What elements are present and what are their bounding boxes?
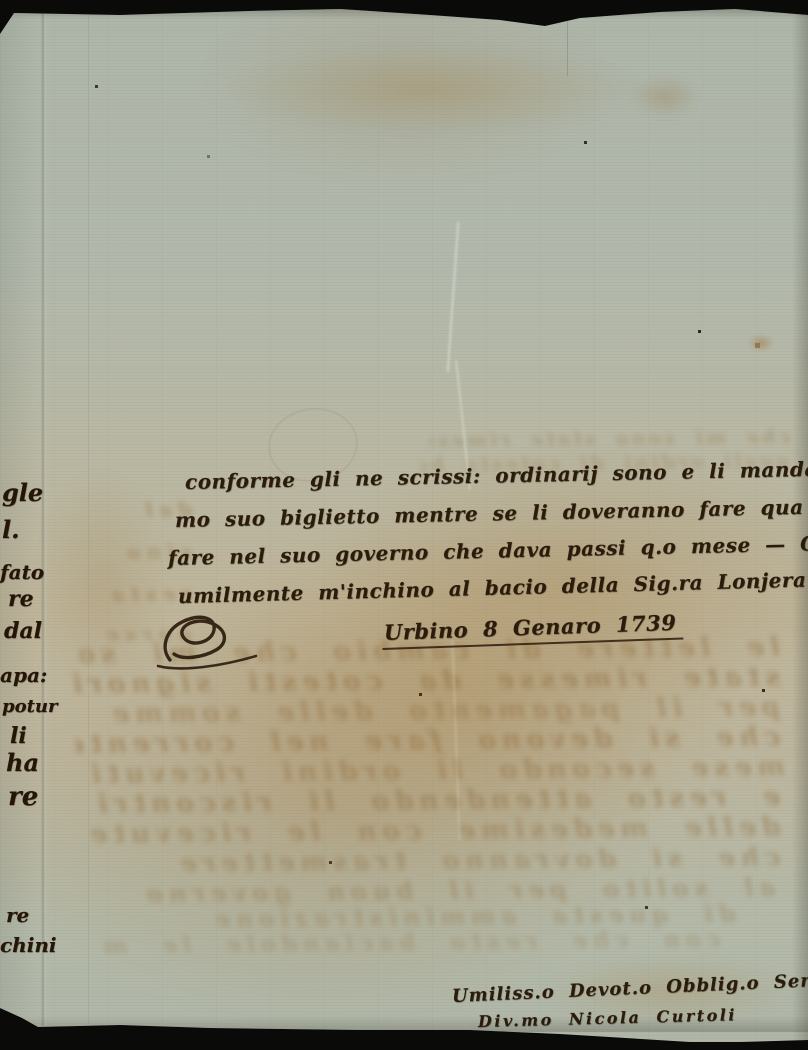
fold-line-left-margin [42,12,46,1026]
top-edge-shadow [0,9,808,19]
right-edge-shading [792,0,808,1050]
left-margin-fragment: potur [2,696,57,717]
stain [748,334,774,352]
paper-sheet: che mi sono state rimesse dal quali ordi… [0,0,808,1050]
left-margin-fragment: fato [0,560,44,584]
left-margin-fragment: gle [2,478,43,507]
left-margin-fragment: ha [6,748,39,777]
left-margin-fragment: l. [2,515,19,544]
scanned-letter-page: che mi sono state rimesse dal quali ordi… [0,0,808,1050]
body-text-line: mo suo biglietto mentre se li doveranno … [175,492,808,532]
stain [36,468,166,698]
stain [630,75,700,119]
left-margin-fragment: dal [4,618,42,644]
ink-specks [0,0,1,1]
left-margin-fragment: re [8,586,34,612]
left-margin-fragment: apa: [0,663,47,687]
signature-line-2: Div.mo Nicola Curtoli [478,1005,737,1031]
left-margin-fragment: re [8,782,38,812]
left-margin-fragment: re [6,903,29,927]
left-margin-fragment: li [10,723,27,749]
bleedthrough-row: che mi sono state rimesse dal [430,426,790,452]
body-text-line: umilmente m'inchino al bacio della Sig.r… [178,568,807,608]
stain [220,45,650,135]
bleedthrough-row: con che resto baciandole le mani [100,927,720,959]
crease-line [447,222,459,372]
body-text-line: fare nel suo governo che dava passi q.o … [168,529,808,570]
left-margin-fragment: chini [0,933,56,957]
